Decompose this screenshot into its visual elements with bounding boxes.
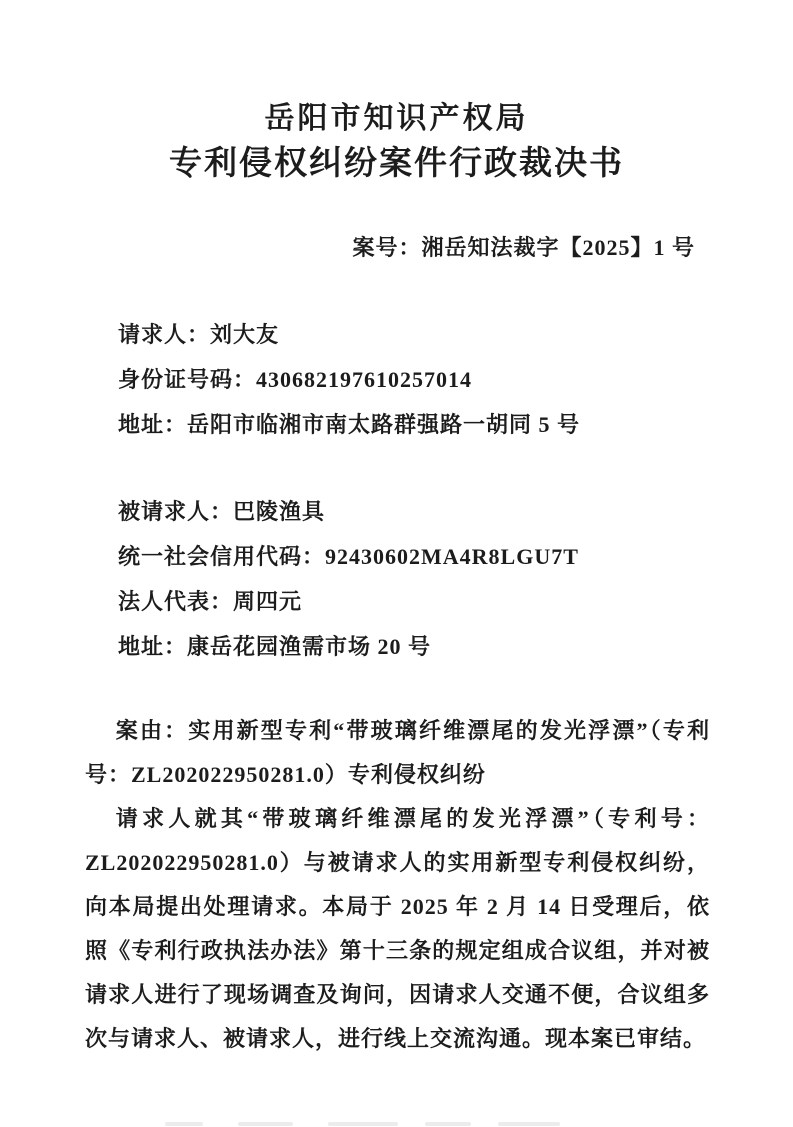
requester-address-line: 地址：岳阳市临湘市南太路群强路一胡同 5 号	[118, 402, 713, 447]
scan-smudge	[165, 1122, 203, 1126]
scan-smudge	[238, 1122, 293, 1126]
requester-name-line: 请求人：刘大友	[118, 312, 713, 357]
case-number: 案号：湘岳知法裁字【2025】1 号	[0, 231, 793, 262]
requester-id-line: 身份证号码：430682197610257014	[118, 357, 713, 402]
document-title-organization: 岳阳市知识产权局	[0, 0, 793, 138]
respondent-address-line: 地址：康岳花园渔需市场 20 号	[118, 624, 713, 669]
case-cause-paragraph: 案由：实用新型专利“带玻璃纤维漂尾的发光浮漂”（专利号：ZL2020229502…	[85, 709, 710, 797]
cutoff-next-line-artifact	[0, 1119, 793, 1127]
case-body-paragraph: 请求人就其“带玻璃纤维漂尾的发光浮漂”（专利号：ZL202022950281.0…	[85, 797, 710, 1061]
respondent-credit-code-line: 统一社会信用代码：92430602MA4R8LGU7T	[118, 534, 713, 579]
scan-smudge	[425, 1122, 471, 1126]
scan-smudge	[328, 1122, 398, 1126]
respondent-name-line: 被请求人：巴陵渔具	[118, 489, 713, 534]
respondent-legal-rep-line: 法人代表：周四元	[118, 579, 713, 624]
scan-smudge	[498, 1122, 560, 1126]
case-text-section: 案由：实用新型专利“带玻璃纤维漂尾的发光浮漂”（专利号：ZL2020229502…	[85, 709, 710, 1061]
requester-block: 请求人：刘大友 身份证号码：430682197610257014 地址：岳阳市临…	[118, 312, 713, 447]
document-title-type: 专利侵权纠纷案件行政裁决书	[0, 145, 793, 185]
respondent-block: 被请求人：巴陵渔具 统一社会信用代码：92430602MA4R8LGU7T 法人…	[118, 489, 713, 669]
document-page: 岳阳市知识产权局 专利侵权纠纷案件行政裁决书 案号：湘岳知法裁字【2025】1 …	[0, 0, 793, 1127]
